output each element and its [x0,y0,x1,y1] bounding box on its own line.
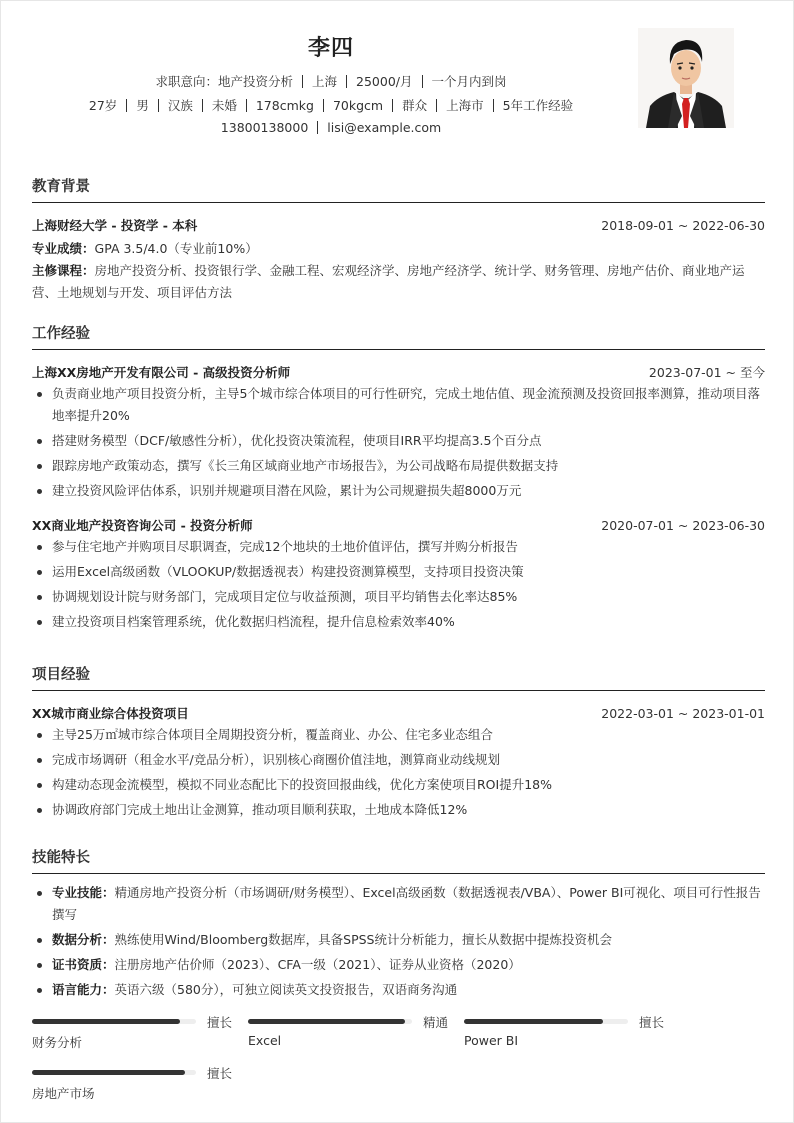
gender: 男 [136,98,149,113]
skill-value: 英语六级（580分），可独立阅读英文投资报告，双语商务沟通 [115,982,458,997]
expected-salary: 25000/月 [356,74,412,89]
list-item: 协调政府部门完成土地出让金测算，推动项目顺利获取，土地成本降低12% [32,799,765,821]
skill-bar-item: 擅长 Power BI [464,1015,664,1055]
weight: 70kgcm [333,98,383,113]
job-header: XX商业地产投资咨询公司 - 投资分析师 2020-07-01 ~ 2023-0… [32,516,765,532]
education-date: 2018-09-01 ~ 2022-06-30 [601,218,765,233]
job-title: 上海XX房地产开发有限公司 - 高级投资分析师 [32,363,290,381]
job-title: XX商业地产投资咨询公司 - 投资分析师 [32,516,253,534]
list-item: 搭建财务模型（DCF/敏感性分析），优化投资决策流程，使项目IRR平均提高3.5… [32,430,765,452]
job-date: 2020-07-01 ~ 2023-06-30 [601,518,765,533]
candidate-name: 李四 [1,31,661,62]
school-degree: 上海财经大学 - 投资学 - 本科 [32,216,197,234]
gpa-row: 专业成绩：GPA 3.5/4.0（专业前10%） [32,238,765,260]
skill-label: 专业技能： [52,885,115,900]
job-intention: 求职意向：地产投资分析 [155,74,293,89]
skill-name: Power BI [464,1033,518,1048]
separator [158,99,159,112]
separator [436,99,437,112]
age: 27岁 [89,98,117,113]
avatar-icon [638,28,734,128]
separator [422,75,423,88]
skill-bar-track [248,1019,412,1024]
list-item: 专业技能：精通房地产投资分析（市场调研/财务模型）、Excel高级函数（数据透视… [32,882,765,926]
list-item: 参与住宅地产并购项目尽职调查，完成12个地块的土地价值评估，撰写并购分析报告 [32,536,765,558]
residence: 上海市 [446,98,484,113]
list-item: 协调规划设计院与财务部门，完成项目定位与收益预测，项目平均销售去化率达85% [32,586,765,608]
separator [346,75,347,88]
project-title: XX城市商业综合体投资项目 [32,704,189,722]
skill-bar-item: 擅长 财务分析 [32,1015,232,1055]
job-bullets: 负责商业地产项目投资分析，主导5个城市综合体项目的可行性研究，完成土地估值、现金… [32,383,765,502]
list-item: 运用Excel高级函数（VLOOKUP/数据透视表）构建投资测算模型，支持项目投… [32,561,765,583]
skill-bar-fill [32,1019,180,1024]
resume-header: 李四 求职意向：地产投资分析上海25000/月一个月内到岗 27岁男汉族未婚17… [1,1,641,151]
skill-bar-fill [32,1070,185,1075]
section-title-skills: 技能特长 [32,846,765,874]
availability: 一个月内到岗 [432,74,507,89]
work-section: 工作经验 上海XX房地产开发有限公司 - 高级投资分析师 2023-07-01 … [32,322,765,633]
skill-value: 熟练使用Wind/Bloomberg数据库，具备SPSS统计分析能力，擅长从数据… [115,932,612,947]
contact-line: 13800138000lisi@example.com [1,120,661,135]
list-item: 语言能力：英语六级（580分），可独立阅读英文投资报告，双语商务沟通 [32,979,765,1001]
skill-bar-fill [464,1019,603,1024]
ethnicity: 汉族 [168,98,193,113]
gpa-value: GPA 3.5/4.0（专业前10%） [95,241,258,256]
marital-status: 未婚 [212,98,237,113]
list-item: 主导25万㎡城市综合体项目全周期投资分析，覆盖商业、办公、住宅多业态组合 [32,724,765,746]
separator [323,99,324,112]
skill-level: 精通 [423,1013,448,1031]
courses-label: 主修课程： [32,263,95,278]
section-title-education: 教育背景 [32,175,765,203]
list-item: 证书资质：注册房地产估价师（2023）、CFA一级（2021）、证券从业资格（2… [32,954,765,976]
list-item: 建立投资风险评估体系，识别并规避项目潜在风险，累计为公司规避损失超8000万元 [32,480,765,502]
section-title-projects: 项目经验 [32,663,765,691]
separator [202,99,203,112]
skill-value: 精通房地产投资分析（市场调研/财务模型）、Excel高级函数（数据透视表/VBA… [52,885,761,922]
courses-value: 房地产投资分析、投资银行学、金融工程、宏观经济学、房地产经济学、统计学、财务管理… [32,263,745,300]
job-intention-line: 求职意向：地产投资分析上海25000/月一个月内到岗 [1,72,661,90]
work-years: 5年工作经验 [503,98,573,113]
personal-info-line: 27岁男汉族未婚178cmkg70kgcm群众上海市5年工作经验 [1,96,661,114]
separator [392,99,393,112]
skill-bar-item: 擅长 房地产市场 [32,1066,232,1106]
skill-level: 擅长 [207,1064,232,1082]
skill-level: 擅长 [207,1013,232,1031]
list-item: 完成市场调研（租金水平/竞品分析），识别核心商圈价值洼地，测算商业动线规划 [32,749,765,771]
courses-row: 主修课程：房地产投资分析、投资银行学、金融工程、宏观经济学、房地产经济学、统计学… [32,260,765,304]
skill-bar-fill [248,1019,405,1024]
email: lisi@example.com [327,120,441,135]
separator [317,121,318,134]
skill-level: 擅长 [639,1013,664,1031]
education-section: 教育背景 上海财经大学 - 投资学 - 本科 2018-09-01 ~ 2022… [32,175,765,304]
resume-page: 李四 求职意向：地产投资分析上海25000/月一个月内到岗 27岁男汉族未婚17… [0,0,794,1123]
project-header: XX城市商业综合体投资项目 2022-03-01 ~ 2023-01-01 [32,704,765,720]
gpa-label: 专业成绩： [32,241,95,256]
education-details: 专业成绩：GPA 3.5/4.0（专业前10%） 主修课程：房地产投资分析、投资… [32,238,765,304]
list-item: 跟踪房地产政策动态，撰写《长三角区域商业地产市场报告》，为公司战略布局提供数据支… [32,455,765,477]
list-item: 负责商业地产项目投资分析，主导5个城市综合体项目的可行性研究，完成土地估值、现金… [32,383,765,427]
skill-value: 注册房地产估价师（2023）、CFA一级（2021）、证券从业资格（2020） [115,957,521,972]
skill-bar-track [32,1070,196,1075]
skill-label: 数据分析： [52,932,115,947]
skill-label: 语言能力： [52,982,115,997]
job-header: 上海XX房地产开发有限公司 - 高级投资分析师 2023-07-01 ~ 至今 [32,363,765,379]
project-bullets: 主导25万㎡城市综合体项目全周期投资分析，覆盖商业、办公、住宅多业态组合 完成市… [32,724,765,821]
skill-name: 财务分析 [32,1033,82,1051]
political-status: 群众 [402,98,427,113]
separator [302,75,303,88]
skills-bullets: 专业技能：精通房地产投资分析（市场调研/财务模型）、Excel高级函数（数据透视… [32,882,765,1001]
skill-label: 证书资质： [52,957,115,972]
job-date: 2023-07-01 ~ 至今 [649,363,765,381]
education-entry-header: 上海财经大学 - 投资学 - 本科 2018-09-01 ~ 2022-06-3… [32,216,765,232]
project-date: 2022-03-01 ~ 2023-01-01 [601,706,765,721]
separator [493,99,494,112]
skills-section: 技能特长 专业技能：精通房地产投资分析（市场调研/财务模型）、Excel高级函数… [32,846,765,1001]
projects-section: 项目经验 XX城市商业综合体投资项目 2022-03-01 ~ 2023-01-… [32,663,765,821]
section-title-work: 工作经验 [32,322,765,350]
separator [246,99,247,112]
skill-bar-track [464,1019,628,1024]
job-bullets: 参与住宅地产并购项目尽职调查，完成12个地块的土地价值评估，撰写并购分析报告 运… [32,536,765,633]
list-item: 数据分析：熟练使用Wind/Bloomberg数据库，具备SPSS统计分析能力，… [32,929,765,951]
list-item: 构建动态现金流模型，模拟不同业态配比下的投资回报曲线，优化方案使项目ROI提升1… [32,774,765,796]
intended-city: 上海 [312,74,337,89]
height: 178cmkg [256,98,314,113]
list-item: 建立投资项目档案管理系统，优化数据归档流程，提升信息检索效率40% [32,611,765,633]
skill-bar-track [32,1019,196,1024]
phone: 13800138000 [221,120,308,135]
skill-name: Excel [248,1033,281,1048]
skill-name: 房地产市场 [32,1084,95,1102]
skill-bar-item: 精通 Excel [248,1015,448,1055]
separator [126,99,127,112]
